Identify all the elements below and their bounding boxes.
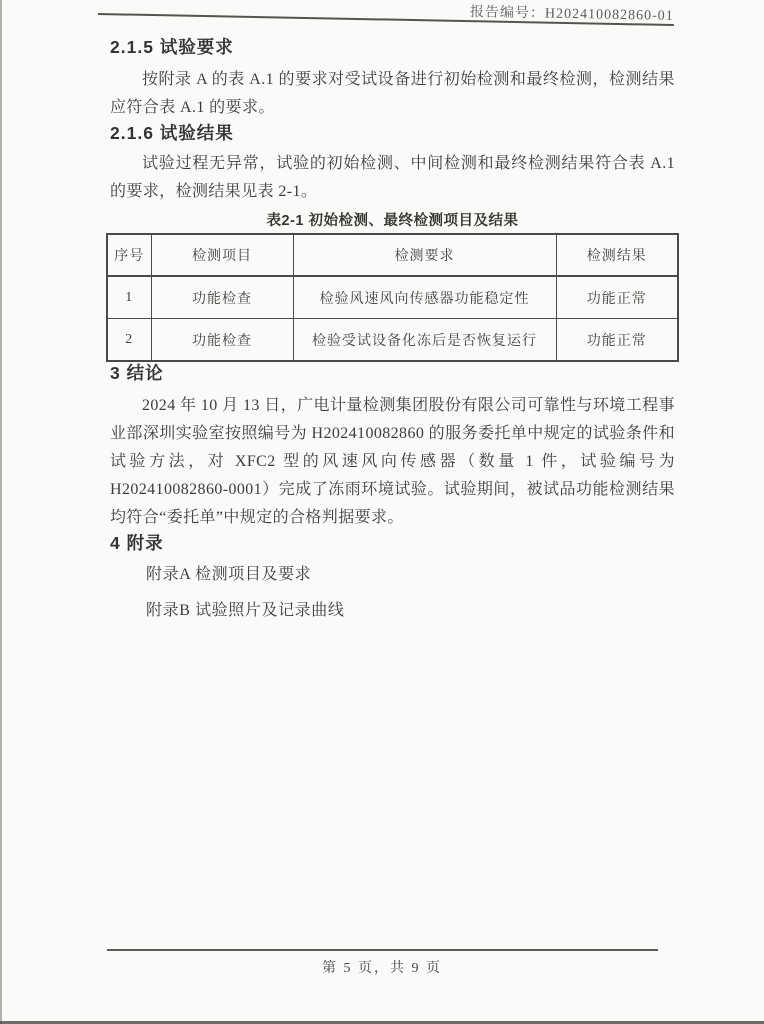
conclusion-paragraph: 2024 年 10 月 13 日，广电计量检测集团股份有限公司可靠性与环境工程事… bbox=[110, 392, 675, 532]
table-header-item: 检测项目 bbox=[151, 234, 293, 276]
appendix-item-b: 附录B 试验照片及记录曲线 bbox=[110, 596, 675, 626]
cell-item: 功能检查 bbox=[151, 276, 293, 319]
section-paragraph-2-1-6: 试验过程无异常，试验的初始检测、中间检测和最终检测结果符合表 A.1 的要求，检… bbox=[110, 150, 675, 206]
cell-seq: 1 bbox=[107, 276, 151, 319]
cell-requirement: 检验风速风向传感器功能稳定性 bbox=[293, 276, 556, 319]
section-paragraph-2-1-5: 按附录 A 的表 A.1 的要求对受试设备进行初始检测和最终检测，检测结果应符合… bbox=[110, 66, 675, 122]
cell-item: 功能检查 bbox=[151, 319, 293, 362]
table-header-seq: 序号 bbox=[107, 234, 151, 276]
section-heading-appendix: 4 附录 bbox=[110, 532, 675, 554]
cell-result: 功能正常 bbox=[556, 319, 678, 362]
footer-rule bbox=[107, 949, 658, 951]
table-row: 1 功能检查 检验风速风向传感器功能稳定性 功能正常 bbox=[107, 276, 678, 319]
cell-result: 功能正常 bbox=[556, 276, 678, 319]
table-caption: 表2-1 初始检测、最终检测项目及结果 bbox=[110, 212, 675, 230]
cell-requirement: 检验受试设备化冻后是否恢复运行 bbox=[293, 319, 556, 362]
section-heading-2-1-5: 2.1.5 试验要求 bbox=[110, 36, 675, 58]
table-header-requirement: 检测要求 bbox=[293, 234, 556, 276]
table-row: 2 功能检查 检验受试设备化冻后是否恢复运行 功能正常 bbox=[107, 319, 678, 362]
scan-edge-left bbox=[0, 0, 2, 1024]
section-heading-2-1-6: 2.1.6 试验结果 bbox=[110, 122, 675, 144]
section-heading-conclusion: 3 结论 bbox=[110, 362, 675, 384]
page-content: 2.1.5 试验要求 按附录 A 的表 A.1 的要求对受试设备进行初始检测和最… bbox=[110, 36, 675, 626]
appendix-item-a: 附录A 检测项目及要求 bbox=[110, 560, 675, 590]
results-table: 序号 检测项目 检测要求 检测结果 1 功能检查 检验风速风向传感器功能稳定性 … bbox=[106, 233, 679, 362]
footer-page-number: 第 5 页，共 9 页 bbox=[0, 957, 764, 977]
cell-seq: 2 bbox=[107, 319, 151, 362]
table-header-result: 检测结果 bbox=[556, 234, 678, 276]
table-header-row: 序号 检测项目 检测要求 检测结果 bbox=[107, 234, 678, 276]
scanned-report-page: 报告编号：H202410082860-01 2.1.5 试验要求 按附录 A 的… bbox=[0, 0, 764, 1024]
